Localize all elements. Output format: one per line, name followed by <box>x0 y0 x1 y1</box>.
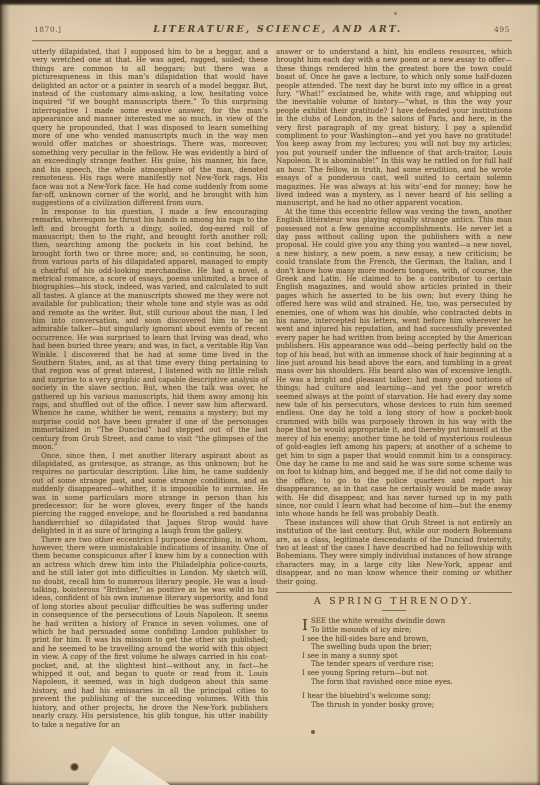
poem-line: ISEE the white wreaths dwindle down <box>302 617 512 626</box>
scan-edge-bottom <box>0 781 540 785</box>
poem-title-divider <box>382 610 406 611</box>
header-rule <box>32 40 512 41</box>
paragraph: In response to his question, I made a fe… <box>32 208 268 452</box>
scan-edge-left <box>0 0 10 785</box>
poem-line: I see the hill-sides bare and brown, <box>302 635 512 644</box>
left-column: utterly dilapidated, that I supposed him… <box>32 48 268 729</box>
paper-speck <box>455 60 458 62</box>
poem-line: To little mounds of icy mire; <box>302 626 512 635</box>
right-column: answer or to understand a hint, his endl… <box>276 48 512 729</box>
scan-edge-right <box>536 0 540 785</box>
paragraph: At the time this eccentric fellow was ve… <box>276 208 512 519</box>
poem-line: The tender spears of verdure rise; <box>302 660 512 669</box>
article-divider-rule <box>276 592 512 593</box>
scanned-magazine-page: 1870.] LITERATURE, SCIENCE, AND ART. 495… <box>0 0 540 785</box>
running-header: 1870.] LITERATURE, SCIENCE, AND ART. 495 <box>32 24 512 38</box>
poem-line: I hear the bluebird’s welcome song; <box>302 692 512 701</box>
ink-stain <box>70 763 79 771</box>
paragraph: There are two other eccentrics I purpose… <box>32 536 268 729</box>
paragraph: answer or to understand a hint, his endl… <box>276 48 512 208</box>
header-date: 1870.] <box>34 25 61 34</box>
poem-title: A SPRING THRENODY. <box>276 598 512 606</box>
poem-line: The swelling buds upon the brier; <box>302 643 512 652</box>
paragraph: utterly dilapidated, that I supposed him… <box>32 48 268 208</box>
page-content: 1870.] LITERATURE, SCIENCE, AND ART. 495… <box>32 24 512 729</box>
paragraph: Once, since then, I met another literary… <box>32 452 268 536</box>
poem-line: The form that ravished once mine eyes. <box>302 678 512 687</box>
paper-speck <box>394 12 397 15</box>
paragraph: These instances will show that Grub Stre… <box>276 519 512 586</box>
page-number: 495 <box>494 25 510 34</box>
poem-drop-cap: I <box>302 617 311 632</box>
text-columns: utterly dilapidated, that I supposed him… <box>32 48 512 729</box>
torn-corner <box>88 746 170 785</box>
poem-line: I see young Spring return—but not <box>302 669 512 678</box>
poem-line: The thrush in yonder bosky grove; <box>302 701 512 710</box>
scan-edge-top <box>0 0 540 6</box>
paper-speck <box>311 730 315 734</box>
poem-body: ISEE the white wreaths dwindle down To l… <box>302 617 512 709</box>
journal-title: LITERATURE, SCIENCE, AND ART. <box>153 24 402 35</box>
